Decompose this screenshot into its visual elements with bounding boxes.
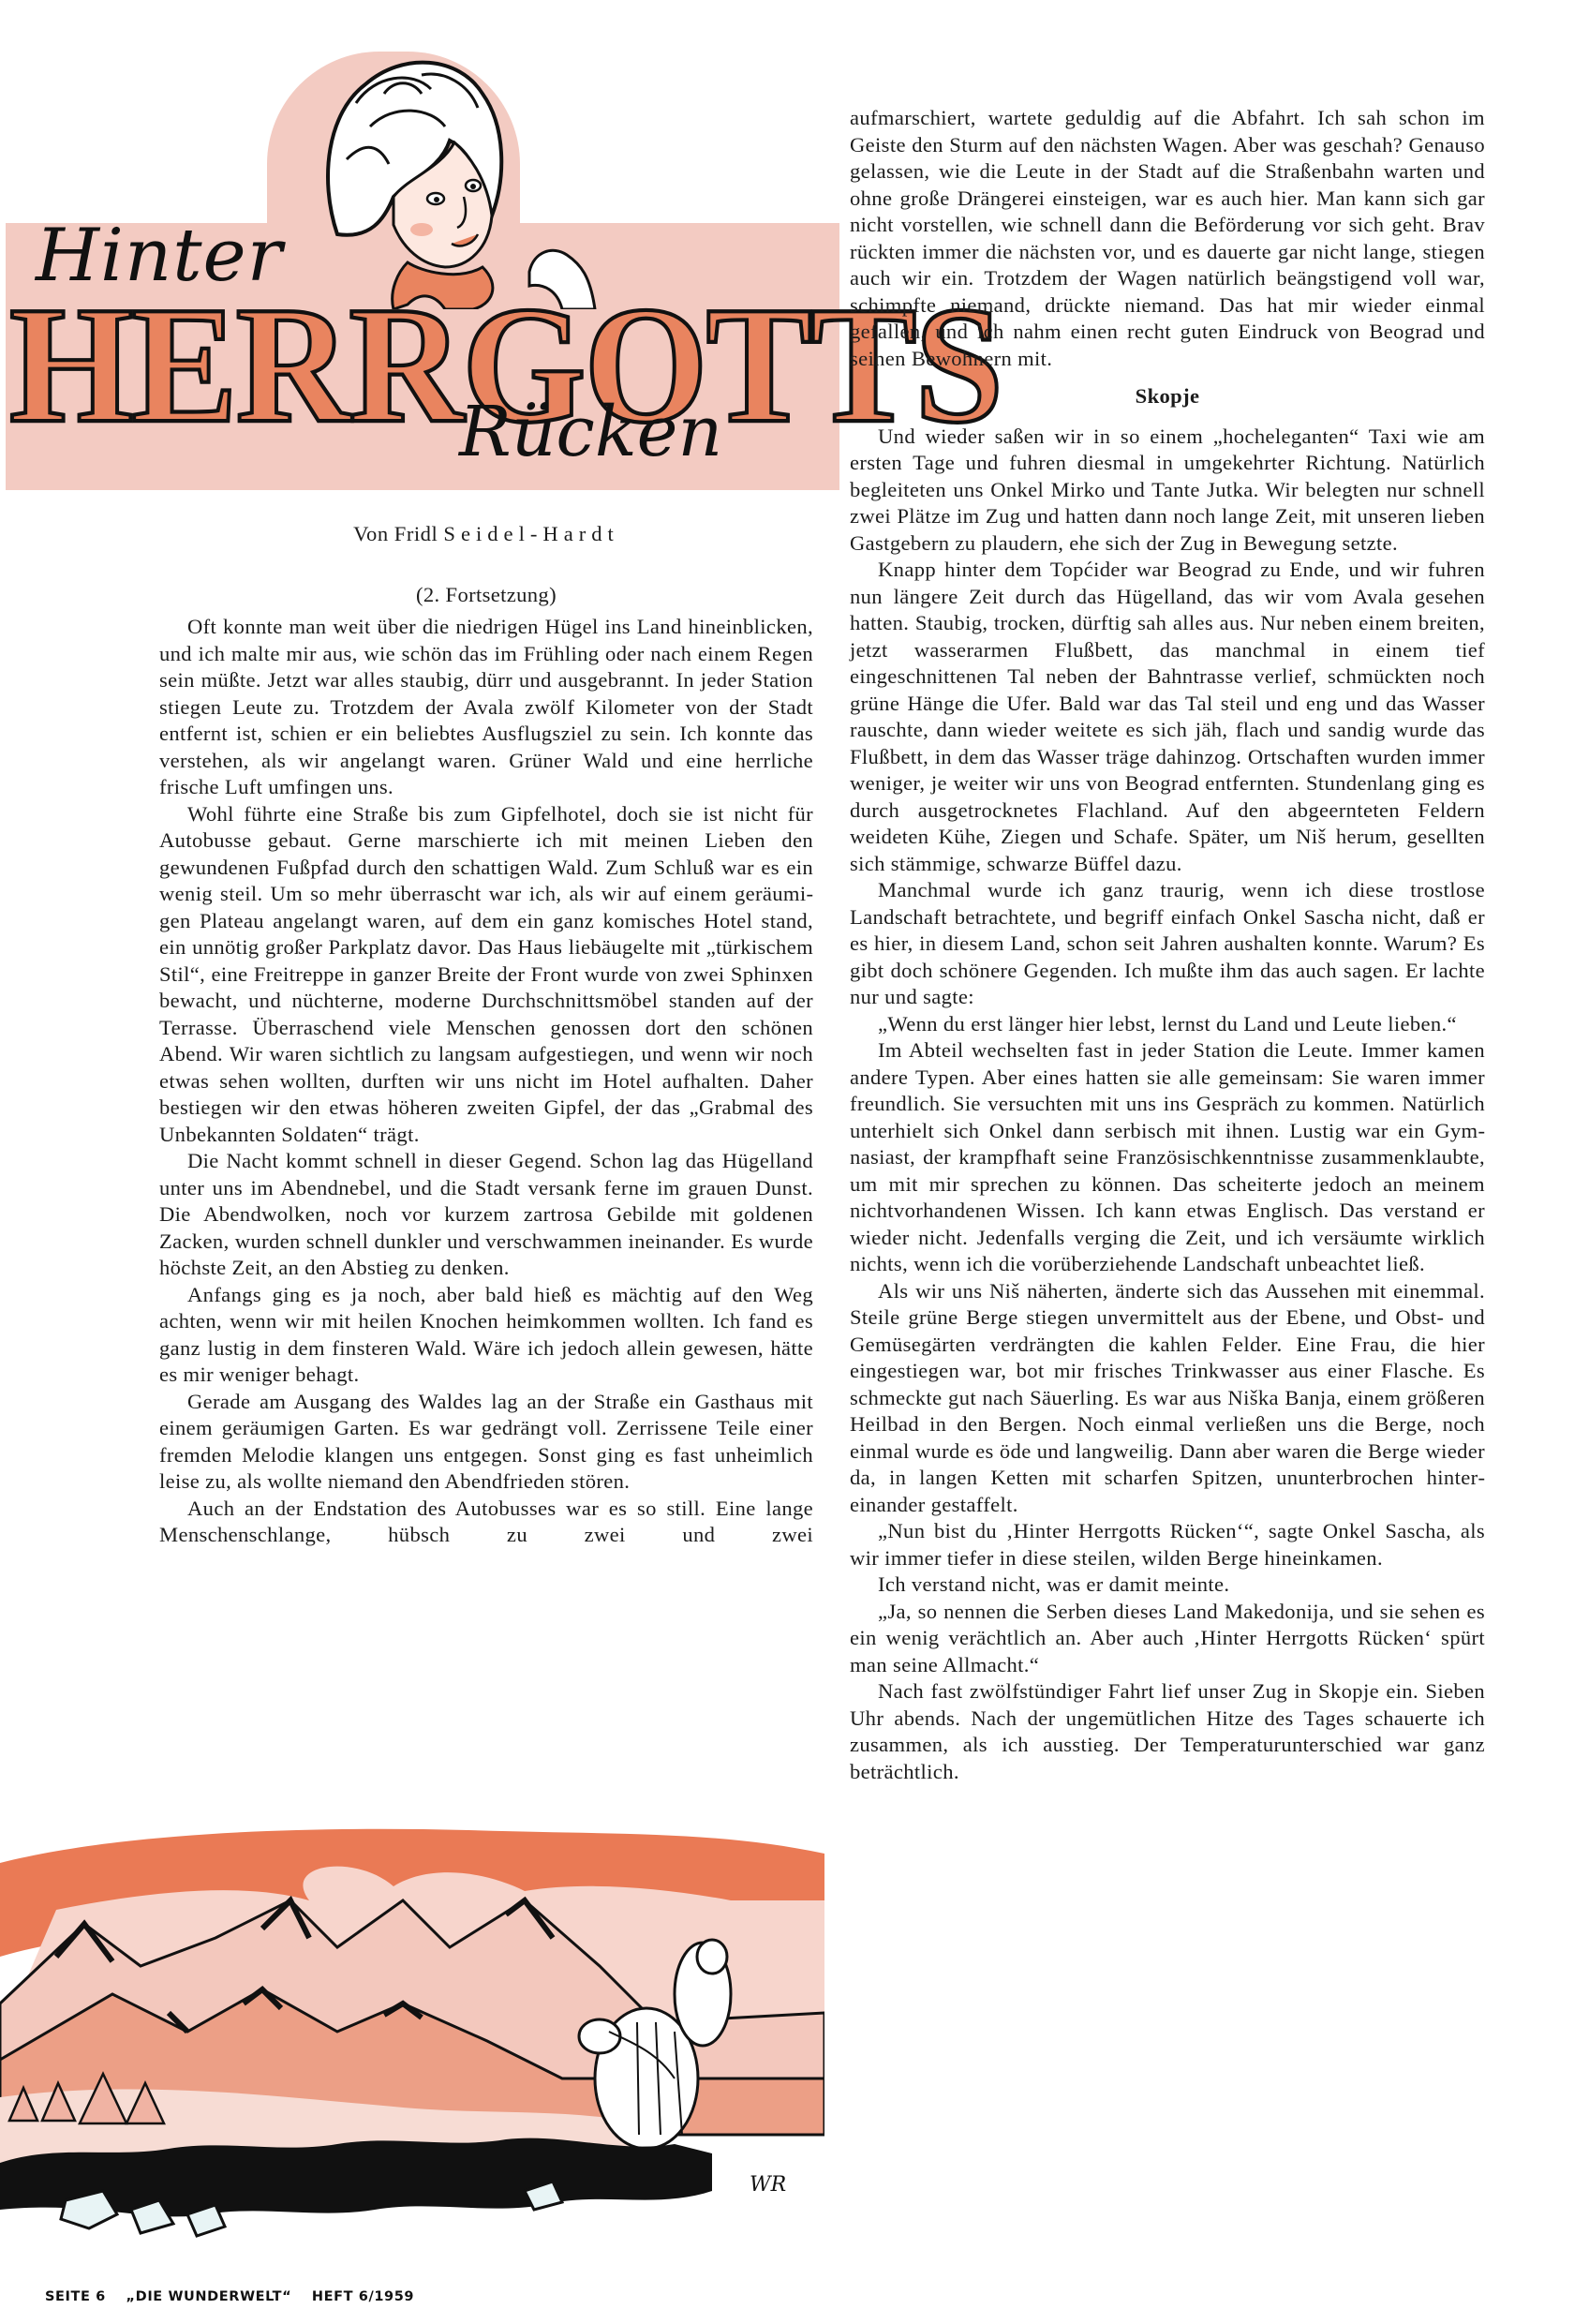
right-column: aufmarschiert, wartete geduldig auf die … (850, 105, 1485, 1785)
paragraph: Wohl führte eine Straße bis zum Gipfelho… (159, 801, 813, 1149)
magazine-name: „DIE WUNDERWELT“ (126, 2289, 292, 2304)
paragraph: Auch an der Endstation des Autobusses wa… (159, 1496, 813, 1549)
byline-author: Seidel-Hardt (443, 522, 618, 545)
paragraph: Als wir uns Niš näherten, änderte sich d… (850, 1278, 1485, 1519)
paragraph: „Ja, so nennen die Serben dieses Land Ma… (850, 1599, 1485, 1679)
paragraph: Nach fast zwölfstündiger Fahrt lief unse… (850, 1678, 1485, 1785)
girl-illustration-icon (281, 37, 656, 309)
paragraph: Die Nacht kommt schnell in dieser Gegend… (159, 1148, 813, 1282)
mountain-landscape-illustration-icon: WR (0, 1797, 824, 2238)
byline-prefix: Von Fridl (353, 522, 438, 545)
paragraph: „Wenn du erst länger hier lebst, lernst … (850, 1011, 1485, 1038)
paragraph: Anfangs ging es ja noch, aber bald hieß … (159, 1282, 813, 1389)
left-column: Von Fridl Seidel-Hardt (2. Fortsetzung) … (159, 521, 813, 1549)
page-footer: SEITE 6 „DIE WUNDERWELT“ HEFT 6/1959 (45, 2289, 429, 2304)
paragraph: „Nun bist du ‚Hinter Herrgotts Rücken‘“,… (850, 1518, 1485, 1572)
section-heading-skopje: Skopje (850, 383, 1485, 410)
paragraph: Im Abteil wechselten fast in jeder Stati… (850, 1037, 1485, 1278)
page-number: SEITE 6 (45, 2289, 106, 2304)
paragraph: Manchmal wurde ich ganz traurig, wenn ic… (850, 877, 1485, 1011)
paragraph: Ich verstand nicht, was er damit meinte. (850, 1572, 1485, 1599)
paragraph-continued: aufmarschiert, wartete geduldig auf die … (850, 105, 1485, 372)
artist-signature: WR (750, 2173, 786, 2197)
paragraph: Und wieder saßen wir in so einem „hochel… (850, 424, 1485, 558)
title-banner: Hinter HERRGOTTS Rücken (0, 0, 843, 506)
byline: Von Fridl Seidel-Hardt (159, 521, 813, 548)
continuation-note: (2. Fortsetzung) (159, 582, 813, 609)
issue-number: HEFT 6/1959 (312, 2289, 414, 2304)
paragraph: Gerade am Ausgang des Waldes lag an der … (159, 1389, 813, 1496)
title-line-ruecken: Rücken (459, 392, 722, 472)
paragraph: Oft konnte man weit über die niedrigen H… (159, 614, 813, 801)
paragraph: Knapp hinter dem Topćider war Beograd zu… (850, 557, 1485, 877)
